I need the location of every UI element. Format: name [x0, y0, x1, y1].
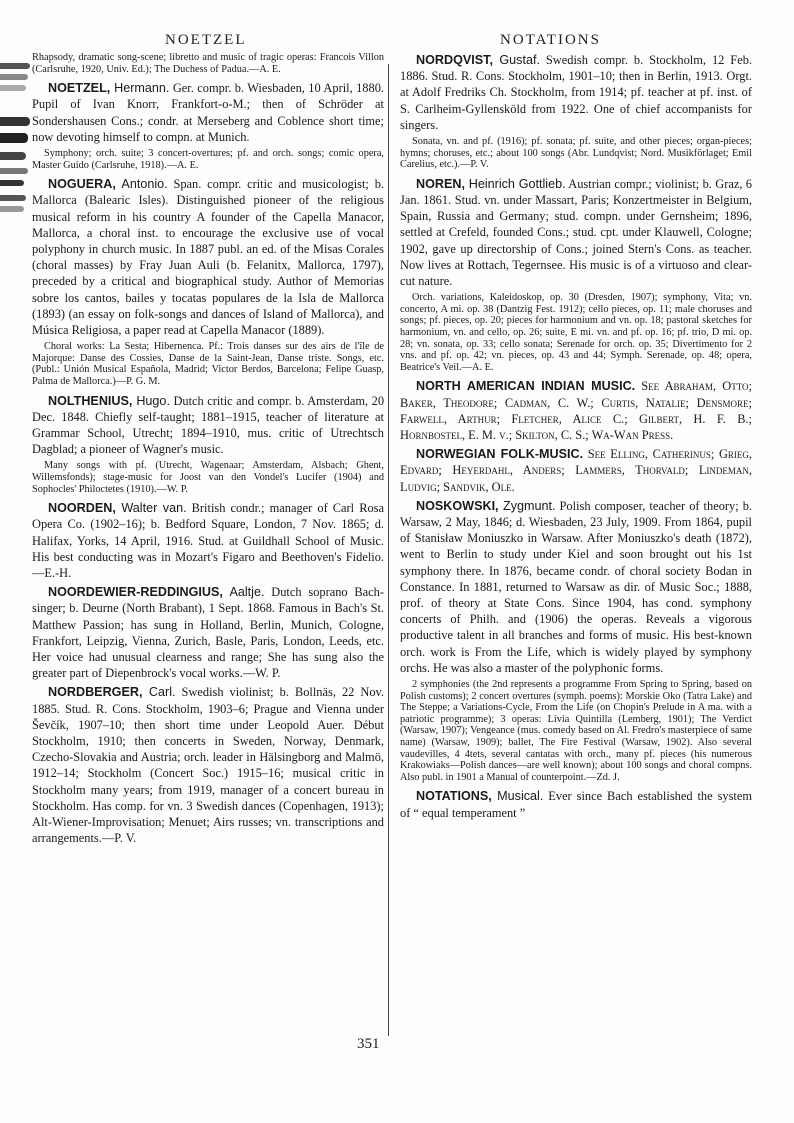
entry-name: Musical. [492, 789, 544, 803]
entry-body: Dutch soprano Bach-singer; b. Deurne (No… [32, 585, 384, 680]
headword: NORWEGIAN FOLK-MUSIC. [416, 447, 583, 461]
works-list: Choral works: La Sesta; Hibernenca. Pf.:… [32, 341, 384, 387]
entry-noordewier-reddingius: NOORDEWIER-REDDINGIUS, Aaltje. Dutch sop… [32, 584, 384, 681]
entry-noskowski: NOSKOWSKI, Zygmunt. Polish composer, tea… [400, 498, 752, 676]
works-list: 2 symphonies (the 2nd represents a progr… [400, 679, 752, 783]
scan-edge-mark [0, 85, 26, 91]
entry-noren: NOREN, Heinrich Gottlieb. Austrian compr… [400, 176, 752, 289]
works-list: Orch. variations, Kaleidoskop, op. 30 (D… [400, 292, 752, 373]
dictionary-page: NOETZEL NOTATIONS Rhapsody, dramatic son… [0, 0, 794, 1123]
entry-nordberger: NORDBERGER, Carl. Swedish violinist; b. … [32, 684, 384, 846]
running-head-left: NOETZEL [165, 32, 246, 49]
entry-noorden: NOORDEN, Walter van. British condr.; man… [32, 500, 384, 581]
entry-nordqvist: NORDQVIST, Gustaf. Swedish compr. b. Sto… [400, 52, 752, 133]
headword: NOSKOWSKI, [416, 499, 499, 513]
scan-edge-mark [0, 168, 28, 174]
scan-edge-mark [0, 180, 24, 186]
headword: NOLTHENIUS, [48, 394, 132, 408]
entry-body: Austrian compr.; violinist; b. Graz, 6 J… [400, 177, 752, 288]
headword: NOTATIONS, [416, 789, 492, 803]
headword: NORDQVIST, [416, 53, 493, 67]
scan-edge-mark [0, 63, 30, 69]
entry-body: Span. compr. critic and musicologist; b.… [32, 177, 384, 337]
scan-edge-mark [0, 117, 30, 126]
scan-edge-mark [0, 152, 26, 160]
headword: NOETZEL, [48, 81, 110, 95]
headword: NOORDEN, [48, 501, 116, 515]
entry-noguera: NOGUERA, Antonio. Span. compr. critic an… [32, 176, 384, 338]
left-column: Rhapsody, dramatic song-scene; libretto … [32, 52, 384, 849]
entry-name: Carl. [142, 685, 175, 699]
scan-edge-mark [0, 206, 24, 212]
column-divider [388, 64, 389, 1036]
entry-name: Zygmunt. [499, 499, 556, 513]
entry-name: Gustaf. [493, 53, 540, 67]
headword: NOREN, [416, 177, 465, 191]
right-column: NORDQVIST, Gustaf. Swedish compr. b. Sto… [400, 52, 752, 824]
entry-noetzel: NOETZEL, Hermann. Ger. compr. b. Wiesbad… [32, 80, 384, 145]
entry-name: Aaltje. [223, 585, 265, 599]
entry-name: Walter van. [116, 501, 187, 515]
entry-nolthenius: NOLTHENIUS, Hugo. Dutch critic and compr… [32, 393, 384, 458]
works-list: Symphony; orch. suite; 3 concert-overtur… [32, 148, 384, 171]
entry-notations: NOTATIONS, Musical. Ever since Bach esta… [400, 788, 752, 820]
entry-north-american-indian-music: NORTH AMERICAN INDIAN MUSIC. See Abraham… [400, 378, 752, 443]
entry-name: Hermann. [110, 81, 169, 95]
works-list: Sonata, vn. and pf. (1916); pf. sonata; … [400, 136, 752, 171]
continuation-text: Rhapsody, dramatic song-scene; libretto … [32, 52, 384, 75]
entry-body: Polish composer, teacher of theory; b. W… [400, 499, 752, 675]
headword: NOGUERA, [48, 177, 116, 191]
entry-norwegian-folk-music: NORWEGIAN FOLK-MUSIC. See Elling, Cather… [400, 446, 752, 495]
scan-edge-mark [0, 133, 28, 143]
headword: NORTH AMERICAN INDIAN MUSIC. [416, 379, 635, 393]
entry-name: Antonio. [116, 177, 168, 191]
scan-edge-mark [0, 195, 26, 201]
scan-edge-mark [0, 74, 28, 80]
headword: NOORDEWIER-REDDINGIUS, [48, 585, 223, 599]
works-list: Many songs with pf. (Utrecht, Wagenaar; … [32, 460, 384, 495]
entry-body: Swedish violinist; b. Bollnäs, 22 Nov. 1… [32, 685, 384, 845]
headword: NORDBERGER, [48, 685, 142, 699]
page-number: 351 [357, 1036, 380, 1053]
running-head-right: NOTATIONS [500, 32, 601, 49]
entry-name: Heinrich Gottlieb. [465, 177, 566, 191]
entry-name: Hugo. [132, 394, 170, 408]
